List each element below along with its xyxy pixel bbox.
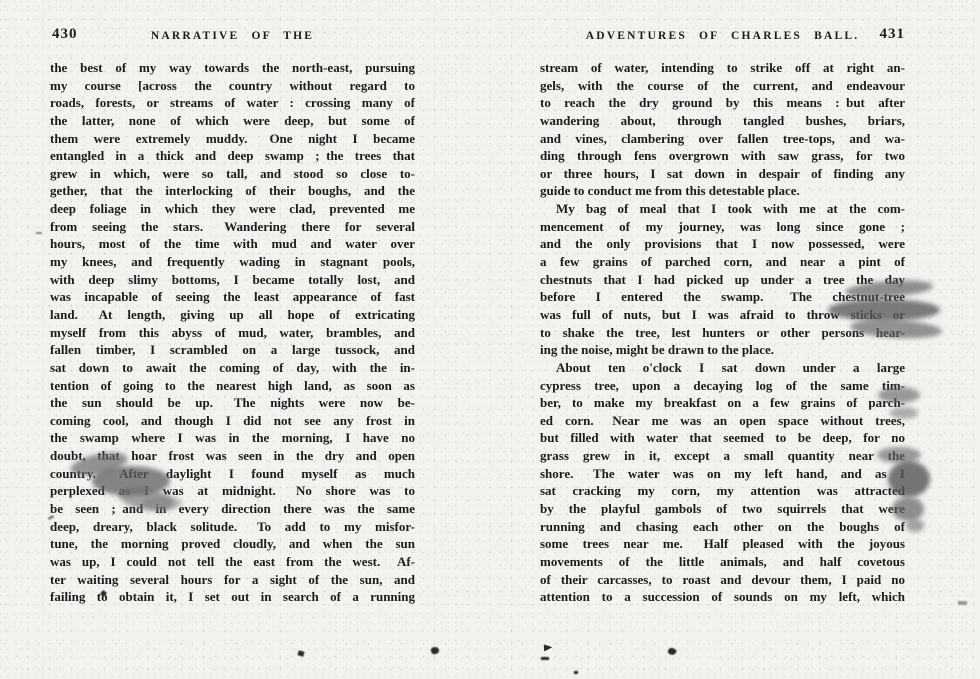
text-line: the latter, none of which were deep, but… (50, 112, 415, 130)
text-line: grew in which, were so tall, and stood s… (50, 165, 415, 183)
text-line: gether, that the interlocking of their b… (50, 182, 415, 200)
text-line: and the only provisions that I now posse… (540, 235, 905, 253)
page-body-left: the best of my way towards the north-eas… (50, 59, 415, 606)
text-line: the best of my way towards the north-eas… (50, 59, 415, 77)
text-line: some trees near me. Half pleased with th… (540, 535, 905, 553)
text-line: ing the noise, might be drawn to the pla… (540, 341, 905, 359)
text-line: my knees, and frequently wading in stagn… (50, 253, 415, 271)
text-line: ding through fens overgrown with saw gra… (540, 147, 905, 165)
text-line: from seeing the stars. Wandering there f… (50, 218, 415, 236)
page-header-right: ADVENTURES OF CHARLES BALL. 431 (540, 26, 905, 46)
text-line: but filled with water that seemed to be … (540, 429, 905, 447)
text-line: guide to conduct me from this detestable… (540, 182, 905, 200)
running-title-left: NARRATIVE OF THE (151, 30, 314, 42)
scan-speck (667, 646, 677, 656)
running-title-right: ADVENTURES OF CHARLES BALL. (586, 30, 860, 42)
text-line: attention to a succession of sounds on m… (540, 588, 905, 606)
text-line: and vines, clambering over fallen tree-t… (540, 130, 905, 148)
scan-speck (541, 657, 549, 660)
text-line: deep, dreary, black solitude. To add to … (50, 518, 415, 536)
page-number-left: 430 (52, 26, 78, 43)
text-line: land. At length, giving up all hope of e… (50, 306, 415, 324)
text-line: chestnuts that I had picked up under a t… (540, 271, 905, 289)
page-number-right: 431 (880, 26, 906, 43)
text-line: tention of going to the nearest high lan… (50, 377, 415, 395)
text-line: my course [across the country without re… (50, 77, 415, 95)
text-line: ter waiting several hours for a sight of… (50, 571, 415, 589)
text-line: to reach the dry ground by this means : … (540, 94, 905, 112)
ink-smudge (890, 407, 918, 419)
ink-smudge (877, 447, 921, 463)
text-line: ed corn. Near me was an open space witho… (540, 412, 905, 430)
text-line: them were extremely muddy. One night I b… (50, 130, 415, 148)
text-line: the swamp where I was in the morning, I … (50, 429, 415, 447)
scan-speck (297, 650, 304, 656)
text-line: About ten o'clock I sat down under a lar… (540, 359, 905, 377)
text-line: My bag of meal that I took with me at th… (540, 200, 905, 218)
scan-speck (958, 601, 967, 605)
text-line: tune, the morning proved cloudly, and wh… (50, 535, 415, 553)
book-spread: 430 NARRATIVE OF THE the best of my way … (0, 0, 980, 679)
text-line: movements of the little animals, and hal… (540, 553, 905, 571)
text-line: with deep slimy bottoms, I became totall… (50, 271, 415, 289)
text-line: by the playful gambols of two squirrels … (540, 500, 905, 518)
text-line: myself from this abyss of mud, water, br… (50, 324, 415, 342)
text-line: roads, forests, or streams of water : cr… (50, 94, 415, 112)
text-line: stream of water, intending to strike off… (540, 59, 905, 77)
ink-smudge (142, 496, 182, 510)
text-line: sat cracking my corn, my attention was a… (540, 482, 905, 500)
text-line: shore. The water was on my left hand, an… (540, 465, 905, 483)
text-line: cypress tree, upon a decaying log of the… (540, 377, 905, 395)
text-line: sat down to await the coming of day, wit… (50, 359, 415, 377)
text-line: hours, most of the time with mud and wat… (50, 235, 415, 253)
ink-smudge (892, 497, 924, 521)
text-line: of their carcasses, to roast and devour … (540, 571, 905, 589)
text-line: a few grains of parched corn, and near a… (540, 253, 905, 271)
text-line: was incapable of seeing the least appear… (50, 288, 415, 306)
ink-smudge (828, 299, 940, 321)
ink-smudge (906, 519, 924, 532)
text-line: be seen ; and in every direction there w… (50, 500, 415, 518)
text-line: was up, I could not tell the east from t… (50, 553, 415, 571)
page-header-left: 430 NARRATIVE OF THE (50, 26, 415, 46)
text-line: grass grew in it, except a small quantit… (540, 447, 905, 465)
page-body-right: stream of water, intending to strike off… (540, 59, 905, 606)
text-line: entangled in a thick and deep swamp ; th… (50, 147, 415, 165)
scan-speck (430, 646, 440, 655)
text-line: or three hours, I sat down in despair of… (540, 165, 905, 183)
ink-smudge (888, 461, 930, 497)
text-line: ber, to make my breakfast on a few grain… (540, 394, 905, 412)
text-line: the sun should be up. The nights were no… (50, 394, 415, 412)
ink-smudge (878, 387, 920, 403)
text-line: fallen timber, I scrambled on a large tu… (50, 341, 415, 359)
text-line: mencement of my journey, was long since … (540, 218, 905, 236)
text-line: wandering about, through tangled bushes,… (540, 112, 905, 130)
scan-speck (36, 232, 42, 234)
scan-speck (574, 671, 578, 674)
page-left: 430 NARRATIVE OF THE the best of my way … (50, 26, 415, 606)
scan-speck (542, 644, 552, 652)
text-line: running and chasing each other on the bo… (540, 518, 905, 536)
text-line: gels, with the course of the current, an… (540, 77, 905, 95)
text-line: coming cool, and though I did not see an… (50, 412, 415, 430)
text-line: deep foliage in which they were clad, pr… (50, 200, 415, 218)
